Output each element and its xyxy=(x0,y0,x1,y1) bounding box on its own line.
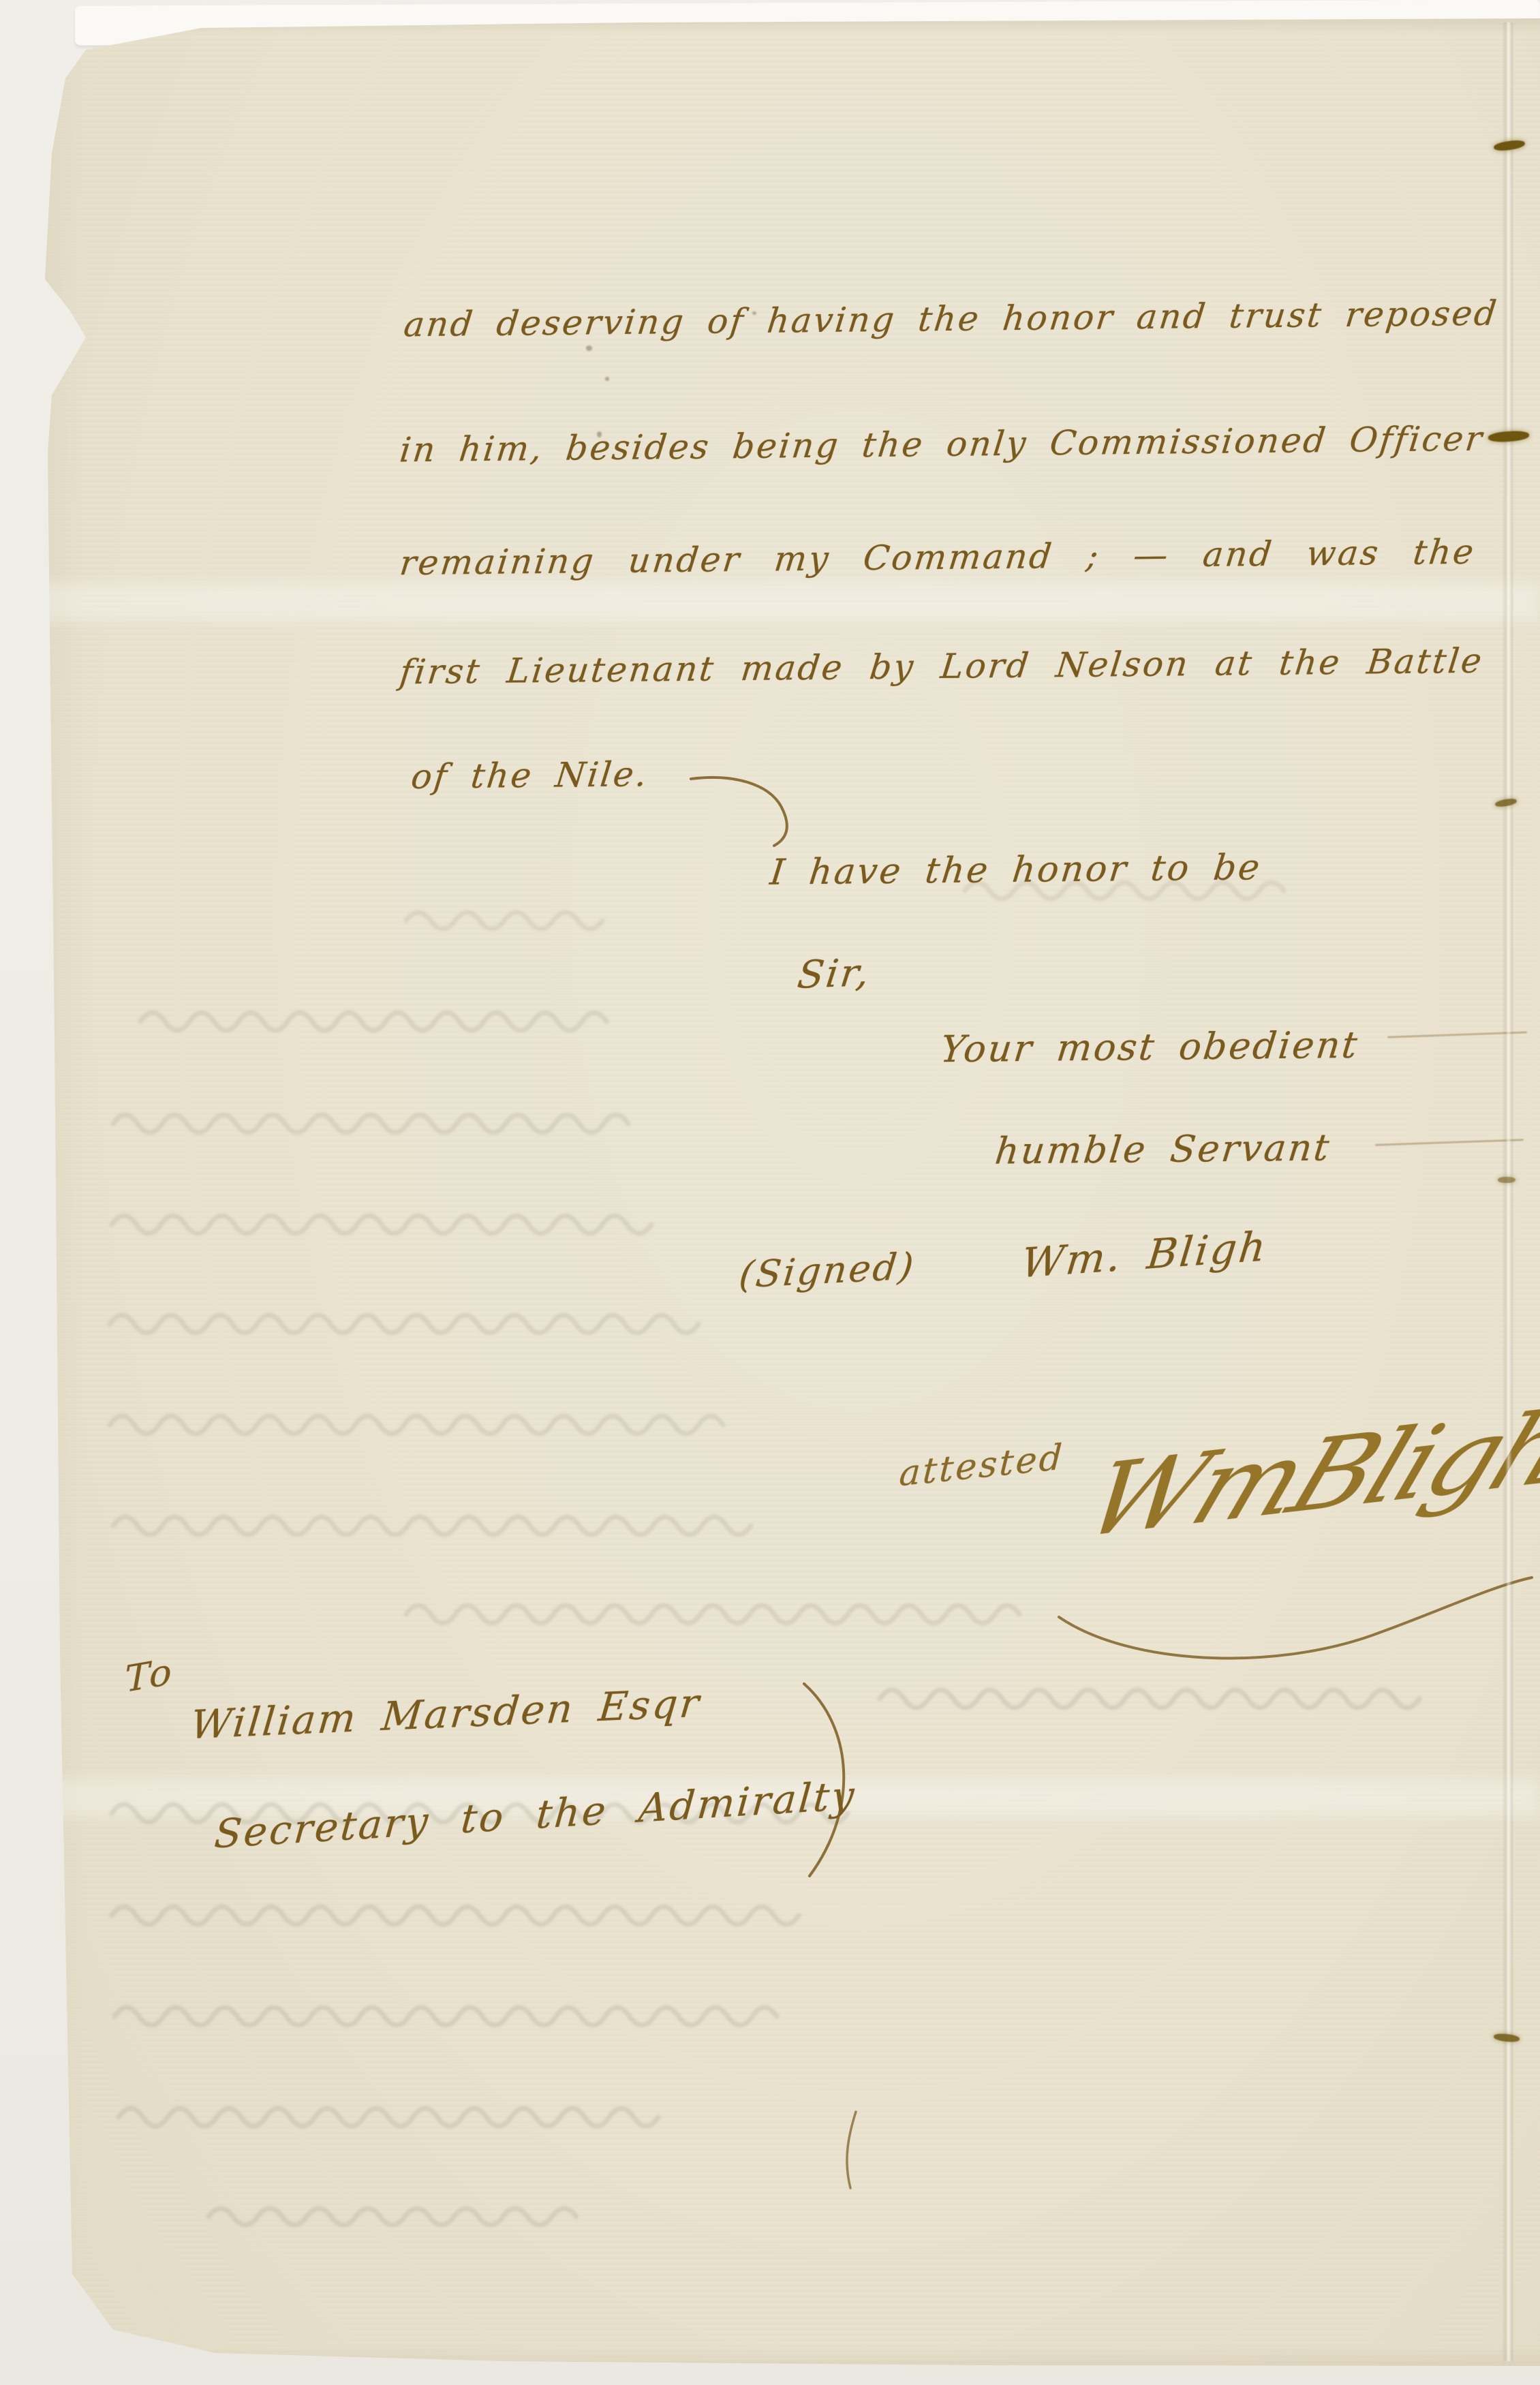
closing-servant-line: humble Servant xyxy=(993,1126,1333,1172)
signed-label: (Signed) xyxy=(737,1244,918,1296)
pen-rest-dash xyxy=(1375,1139,1524,1146)
stitch-mark xyxy=(1488,430,1530,443)
letter-body-line-3: remaining under my Command ; — and was t… xyxy=(398,532,1478,583)
letter-paper: and deserving of having the honor and tr… xyxy=(25,17,1540,2366)
signature-underline-flourish xyxy=(1047,1564,1540,1680)
nile-swash-flourish xyxy=(687,767,850,855)
ink-speck xyxy=(586,345,592,351)
letter-body-line-5: of the Nile. xyxy=(410,754,651,797)
closing-honor-line: I have the honor to be xyxy=(768,847,1263,893)
letter-body-line-4: first Lieutenant made by Lord Nelson at … xyxy=(398,641,1485,692)
bligh-signature: WmBligh xyxy=(1070,1389,1540,1560)
stitch-mark xyxy=(1494,797,1517,807)
address-to: To xyxy=(125,1650,174,1700)
signed-name: Wm. Bligh xyxy=(1019,1223,1270,1288)
ink-speck xyxy=(597,431,602,437)
address-recipient-title: Secretary to the Admiralty xyxy=(213,1772,858,1858)
pen-rest-dash xyxy=(1387,1031,1527,1038)
attested-label: attested xyxy=(898,1437,1065,1495)
ink-speck xyxy=(752,311,756,315)
closing-salutation: Sir, xyxy=(795,951,874,998)
stitch-mark xyxy=(1498,1177,1515,1183)
stitch-mark xyxy=(1493,139,1525,152)
binding-crease xyxy=(1502,22,1514,2361)
scanned-letter-page: and deserving of having the honor and tr… xyxy=(0,0,1540,2385)
stitch-mark xyxy=(1494,2033,1520,2043)
paper-texture xyxy=(25,17,1540,2366)
closing-obedient-line: Your most obedient xyxy=(938,1024,1361,1071)
ink-speck xyxy=(605,377,609,381)
paper-tone-band xyxy=(25,583,1540,621)
verso-show-through xyxy=(25,17,1540,2366)
letter-body-line-2: in him, besides being the only Commissio… xyxy=(398,419,1486,470)
stray-pen-mark xyxy=(833,2108,874,2203)
address-recipient: William Marsden Esqr xyxy=(189,1680,703,1748)
letter-body-line-1: and deserving of having the honor and tr… xyxy=(402,294,1500,345)
